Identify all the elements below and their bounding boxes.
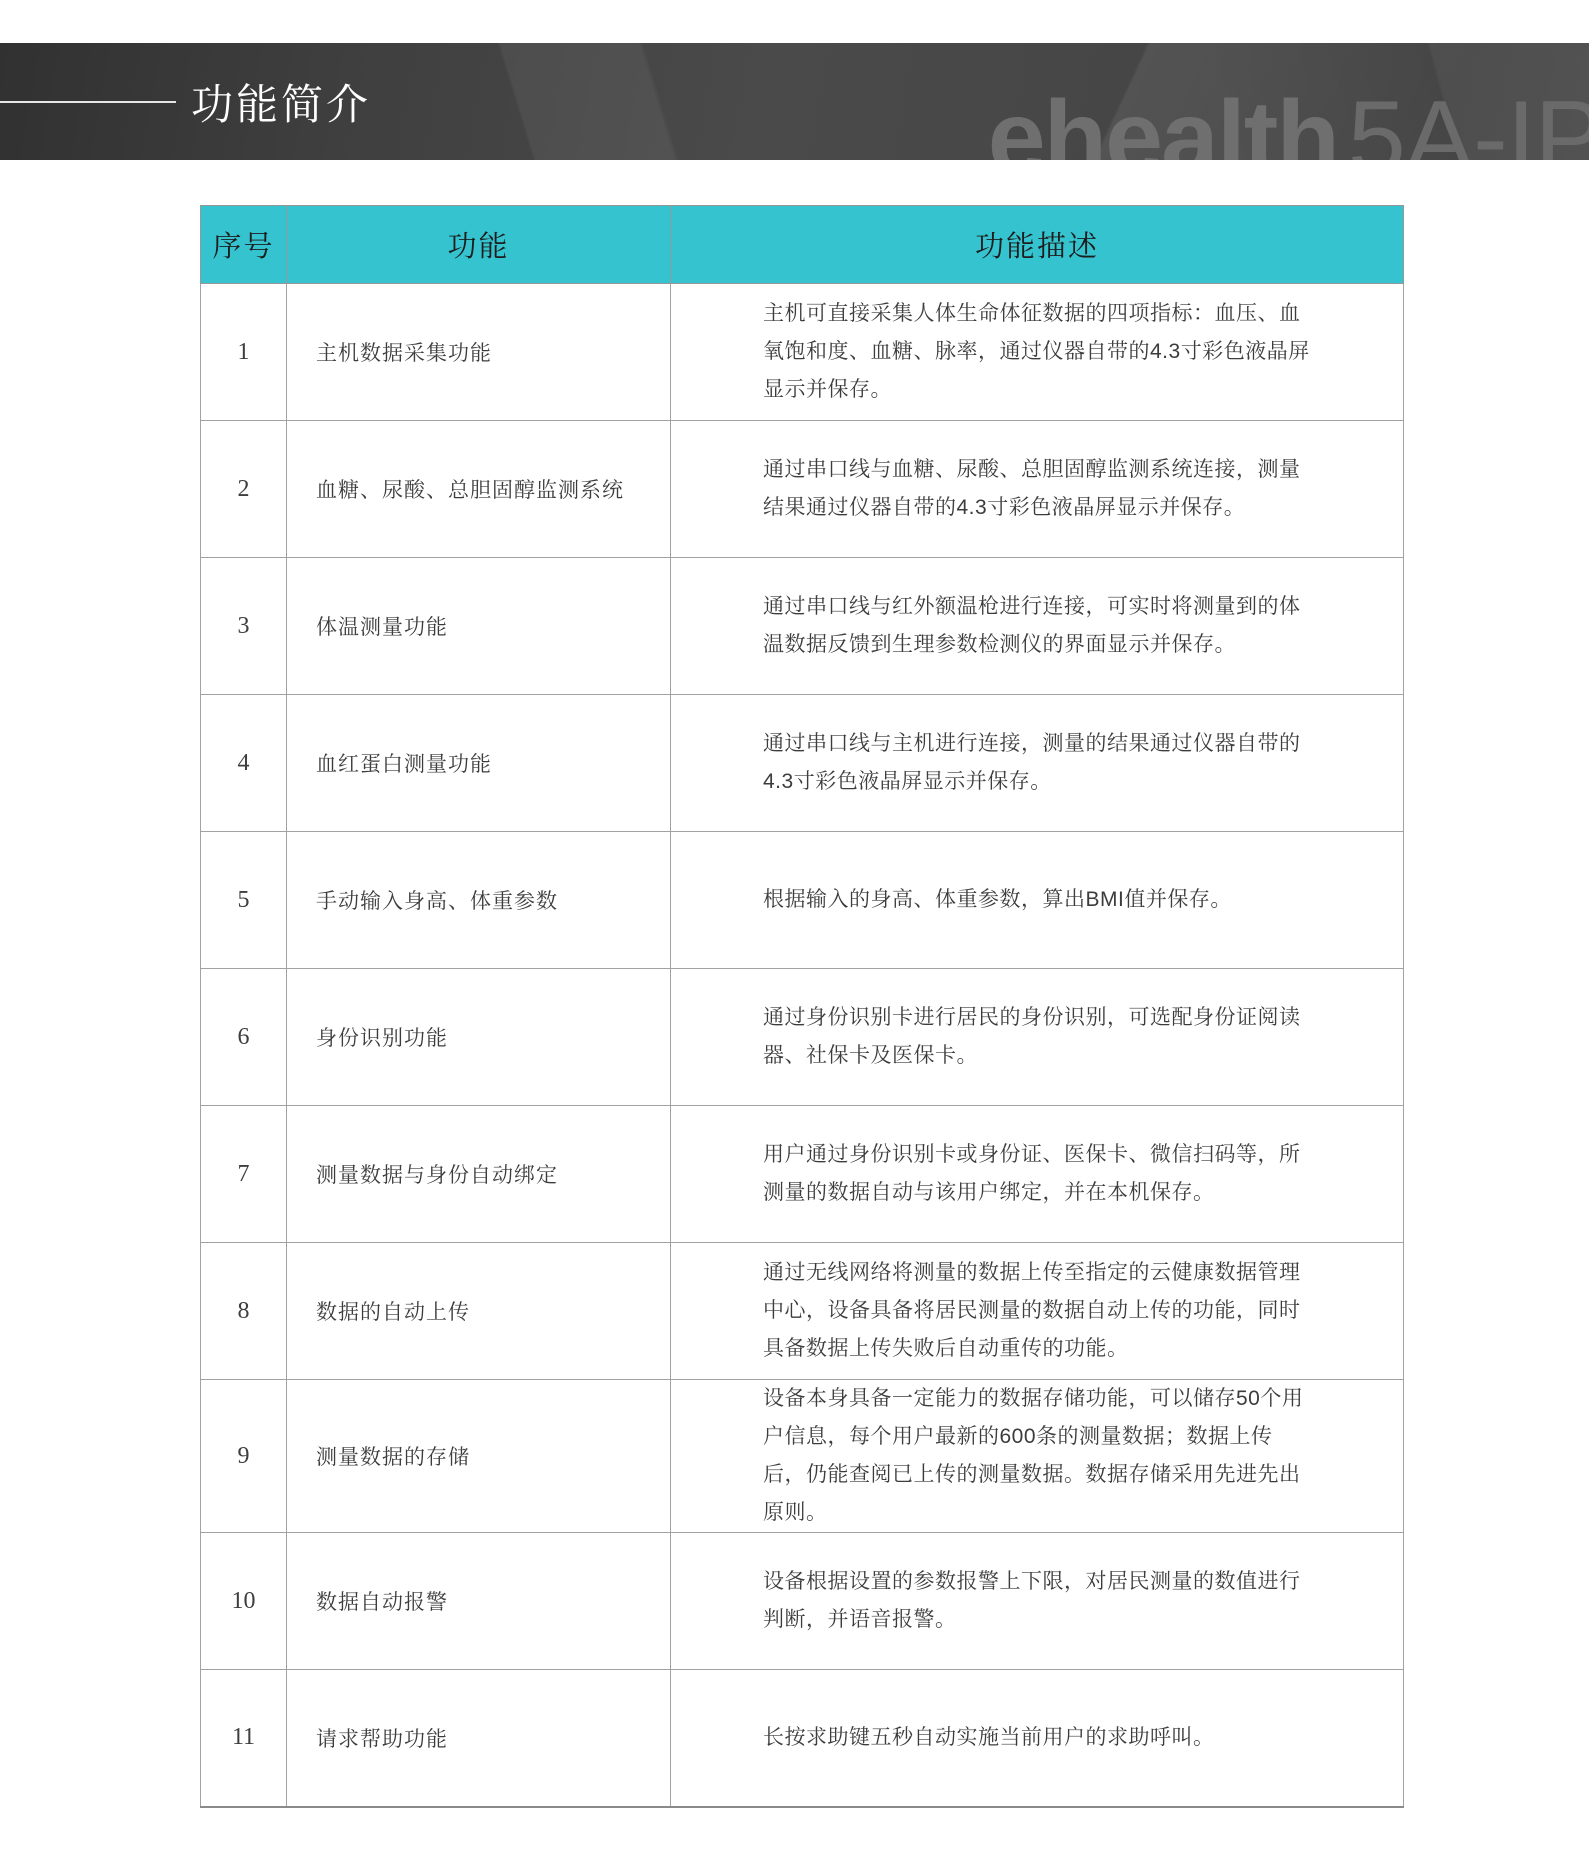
table-row: 6身份识别功能通过身份识别卡进行居民的身份识别，可选配身份证阅读器、社保卡及医保… [201, 969, 1404, 1106]
table-row: 8数据的自动上传通过无线网络将测量的数据上传至指定的云健康数据管理中心，设备具备… [201, 1243, 1404, 1380]
table-row: 4血红蛋白测量功能通过串口线与主机进行连接，测量的结果通过仪器自带的4.3寸彩色… [201, 695, 1404, 832]
row-number-cell: 11 [201, 1670, 287, 1807]
table-row: 5手动输入身高、体重参数根据输入的身高、体重参数，算出BMI值并保存。 [201, 832, 1404, 969]
feature-description-cell: 设备根据设置的参数报警上下限，对居民测量的数值进行判断，并语音报警。 [671, 1533, 1404, 1670]
table-row: 11请求帮助功能长按求助键五秒自动实施当前用户的求助呼叫。 [201, 1670, 1404, 1807]
document-page: 功能简介 ehealth5A-IP 序号 功能 功能描述 1主机数据采集功能主机… [0, 0, 1589, 1856]
feature-name-cell: 体温测量功能 [287, 558, 671, 695]
brand-watermark-name: ehealth [988, 80, 1338, 160]
features-table: 序号 功能 功能描述 1主机数据采集功能主机可直接采集人体生命体征数据的四项指标… [200, 205, 1404, 1808]
feature-name-cell: 身份识别功能 [287, 969, 671, 1106]
row-number-cell: 4 [201, 695, 287, 832]
feature-description-cell: 长按求助键五秒自动实施当前用户的求助呼叫。 [671, 1670, 1404, 1807]
section-header-band: 功能简介 ehealth5A-IP [0, 43, 1589, 160]
feature-name-cell: 血糖、尿酸、总胆固醇监测系统 [287, 421, 671, 558]
brand-watermark: ehealth5A-IP [988, 86, 1589, 160]
row-number-cell: 9 [201, 1380, 287, 1533]
table-row: 7测量数据与身份自动绑定用户通过身份识别卡或身份证、医保卡、微信扫码等，所测量的… [201, 1106, 1404, 1243]
feature-description-cell: 通过串口线与主机进行连接，测量的结果通过仪器自带的4.3寸彩色液晶屏显示并保存。 [671, 695, 1404, 832]
row-number-cell: 3 [201, 558, 287, 695]
feature-description-cell: 通过串口线与红外额温枪进行连接，可实时将测量到的体温数据反馈到生理参数检测仪的界… [671, 558, 1404, 695]
feature-description-cell: 设备本身具备一定能力的数据存储功能，可以储存50个用户信息，每个用户最新的600… [671, 1380, 1404, 1533]
feature-description-cell: 根据输入的身高、体重参数，算出BMI值并保存。 [671, 832, 1404, 969]
row-number-cell: 5 [201, 832, 287, 969]
header-cell-feature: 功能 [287, 206, 671, 284]
feature-name-cell: 请求帮助功能 [287, 1670, 671, 1807]
row-number-cell: 7 [201, 1106, 287, 1243]
table-row: 3体温测量功能通过串口线与红外额温枪进行连接，可实时将测量到的体温数据反馈到生理… [201, 558, 1404, 695]
table-row: 10数据自动报警设备根据设置的参数报警上下限，对居民测量的数值进行判断，并语音报… [201, 1533, 1404, 1670]
row-number-cell: 2 [201, 421, 287, 558]
header-row: 序号 功能 功能描述 [201, 206, 1404, 284]
feature-name-cell: 数据自动报警 [287, 1533, 671, 1670]
feature-name-cell: 数据的自动上传 [287, 1243, 671, 1380]
feature-name-cell: 测量数据的存储 [287, 1380, 671, 1533]
title-rule-line [0, 101, 176, 103]
header-cell-index: 序号 [201, 206, 287, 284]
feature-description-cell: 通过身份识别卡进行居民的身份识别，可选配身份证阅读器、社保卡及医保卡。 [671, 969, 1404, 1106]
table-row: 9测量数据的存储设备本身具备一定能力的数据存储功能，可以储存50个用户信息，每个… [201, 1380, 1404, 1533]
section-title-group: 功能简介 [0, 72, 371, 132]
feature-name-cell: 手动输入身高、体重参数 [287, 832, 671, 969]
feature-name-cell: 测量数据与身份自动绑定 [287, 1106, 671, 1243]
row-number-cell: 1 [201, 284, 287, 421]
feature-description-cell: 通过串口线与血糖、尿酸、总胆固醇监测系统连接，测量结果通过仪器自带的4.3寸彩色… [671, 421, 1404, 558]
header-cell-description: 功能描述 [671, 206, 1404, 284]
section-title: 功能简介 [191, 72, 371, 132]
brand-watermark-model: 5A-IP [1348, 80, 1589, 160]
row-number-cell: 8 [201, 1243, 287, 1380]
feature-name-cell: 血红蛋白测量功能 [287, 695, 671, 832]
feature-description-cell: 通过无线网络将测量的数据上传至指定的云健康数据管理中心，设备具备将居民测量的数据… [671, 1243, 1404, 1380]
row-number-cell: 6 [201, 969, 287, 1106]
table-row: 2血糖、尿酸、总胆固醇监测系统通过串口线与血糖、尿酸、总胆固醇监测系统连接，测量… [201, 421, 1404, 558]
feature-description-cell: 用户通过身份识别卡或身份证、医保卡、微信扫码等，所测量的数据自动与该用户绑定，并… [671, 1106, 1404, 1243]
features-table-body: 1主机数据采集功能主机可直接采集人体生命体征数据的四项指标：血压、血氧饱和度、血… [201, 284, 1404, 1807]
features-table-header: 序号 功能 功能描述 [201, 206, 1404, 284]
feature-name-cell: 主机数据采集功能 [287, 284, 671, 421]
table-row: 1主机数据采集功能主机可直接采集人体生命体征数据的四项指标：血压、血氧饱和度、血… [201, 284, 1404, 421]
row-number-cell: 10 [201, 1533, 287, 1670]
feature-description-cell: 主机可直接采集人体生命体征数据的四项指标：血压、血氧饱和度、血糖、脉率，通过仪器… [671, 284, 1404, 421]
